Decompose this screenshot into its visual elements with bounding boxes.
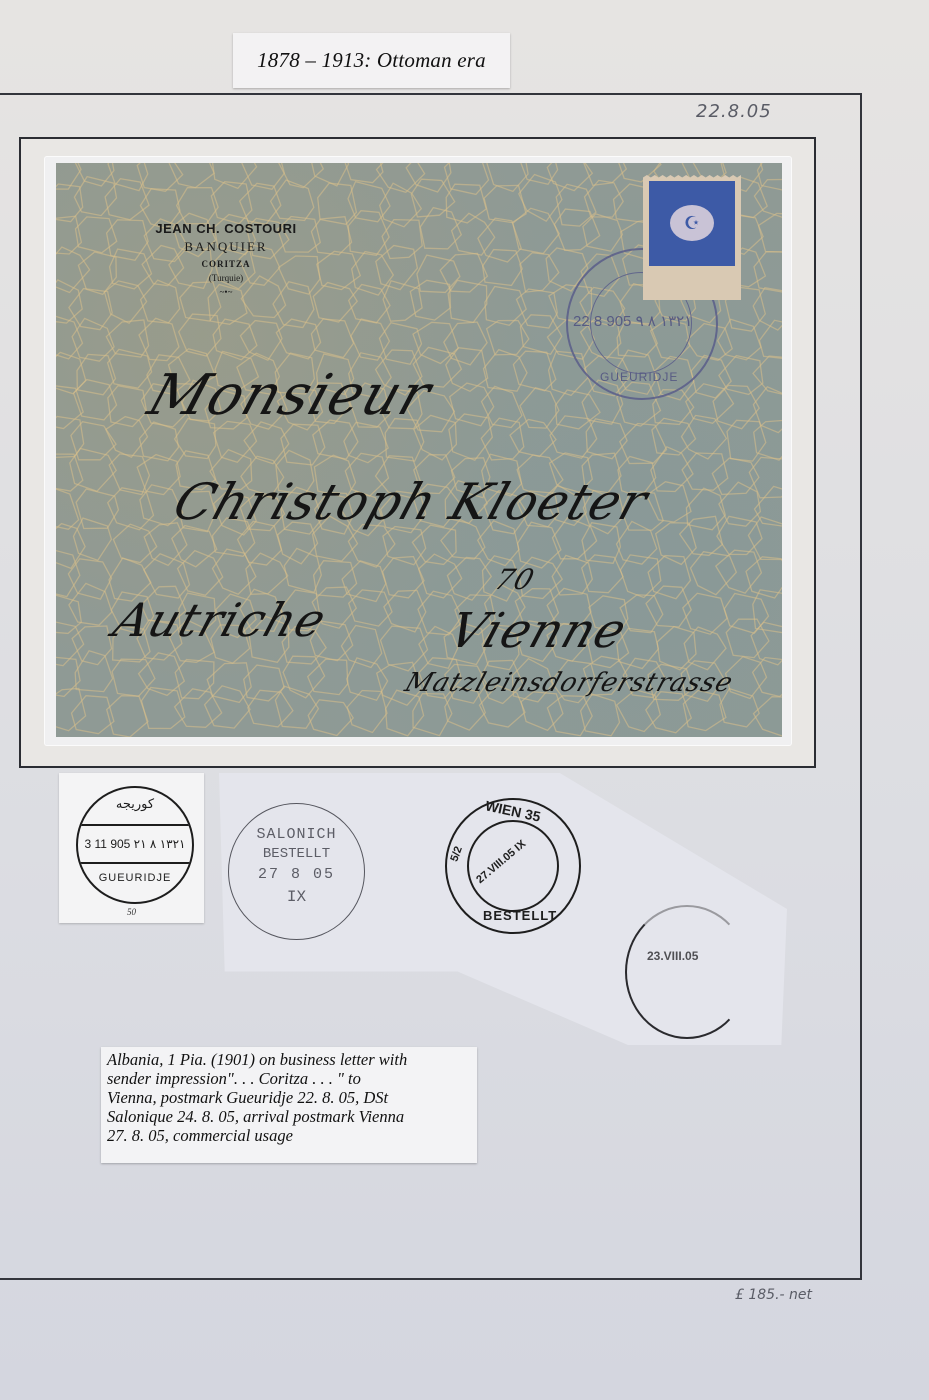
wien-bottom: BESTELLT bbox=[483, 908, 557, 923]
tughra-icon: ☪ bbox=[670, 205, 714, 241]
reference-catalog-number: 50 bbox=[59, 907, 204, 917]
date-pencil-note: 22.8.05 bbox=[696, 101, 772, 122]
salonich-date: 27 8 05 bbox=[229, 866, 364, 883]
sender-name: JEAN CH. COSTOURI bbox=[146, 221, 306, 236]
sender-imprint: JEAN CH. COSTOURI BANQUIER CORITZA (Turq… bbox=[146, 221, 306, 297]
ornament-icon: ~•~ bbox=[146, 287, 306, 297]
caption-line: sender impression". . . Coritza . . . " … bbox=[107, 1069, 471, 1088]
envelope: JEAN CH. COSTOURI BANQUIER CORITZA (Turq… bbox=[56, 163, 782, 737]
reference-arabic-text: كوريجه bbox=[78, 796, 192, 812]
sender-country: (Turquie) bbox=[146, 273, 306, 283]
salonich-line2: BESTELLT bbox=[229, 846, 364, 862]
wien-postmark: WIEN 35 5/2 27.VIII.05 IX BESTELLT bbox=[445, 798, 581, 934]
salonich-postmark: SALONICH BESTELLT 27 8 05 IX bbox=[228, 803, 365, 940]
address-city: Vienne bbox=[442, 603, 634, 659]
address-recipient: Christoph Kloeter bbox=[167, 473, 656, 531]
reference-town: GUEURIDJE bbox=[78, 872, 192, 884]
page-title-label: 1878 – 1913: Ottoman era bbox=[233, 33, 510, 88]
caption-line: Vienna, postmark Gueuridje 22. 8. 05, DS… bbox=[107, 1088, 471, 1107]
postmark-date: 22 8 905 ١٣٢١ ٨ ٩ bbox=[573, 312, 692, 330]
sender-town: CORITZA bbox=[146, 259, 306, 269]
price-pencil-note: £ 185.- net bbox=[735, 1287, 812, 1303]
salonich-time: IX bbox=[229, 888, 364, 906]
caption-line: Albania, 1 Pia. (1901) on business lette… bbox=[107, 1050, 471, 1069]
page-title: 1878 – 1913: Ottoman era bbox=[257, 48, 486, 73]
reference-date: 3 11 905 ١٣٢١ ٨ ٢١ bbox=[85, 837, 186, 851]
caption-line: 27. 8. 05, commercial usage bbox=[107, 1126, 471, 1145]
wien-inner-ring bbox=[467, 820, 559, 912]
third-postmark-date: 23.VIII.05 bbox=[647, 949, 698, 963]
reference-date-band: 3 11 905 ١٣٢١ ٨ ٢١ bbox=[78, 824, 192, 864]
address-country: Autriche bbox=[107, 593, 333, 647]
address-street: Matzleinsdorferstrasse bbox=[401, 668, 737, 698]
wien-prefix: 5/2 bbox=[448, 845, 465, 863]
caption-line: Salonique 24. 8. 05, arrival postmark Vi… bbox=[107, 1107, 471, 1126]
reference-postmark-card: كوريجه 3 11 905 ١٣٢١ ٨ ٢١ GUEURIDJE 50 bbox=[59, 773, 204, 923]
reference-postmark: كوريجه 3 11 905 ١٣٢١ ٨ ٢١ GUEURIDJE bbox=[76, 786, 194, 904]
description-caption: Albania, 1 Pia. (1901) on business lette… bbox=[101, 1047, 477, 1163]
postage-stamp: ☪ bbox=[643, 175, 741, 300]
stamp-design: ☪ bbox=[649, 181, 735, 266]
salonich-town: SALONICH bbox=[229, 826, 364, 843]
third-postmark: 23.VIII.05 bbox=[625, 905, 749, 1039]
address-salutation: Monsieur bbox=[140, 363, 439, 428]
postmark-town: GUEURIDJE bbox=[600, 370, 678, 384]
sender-profession: BANQUIER bbox=[146, 239, 306, 255]
